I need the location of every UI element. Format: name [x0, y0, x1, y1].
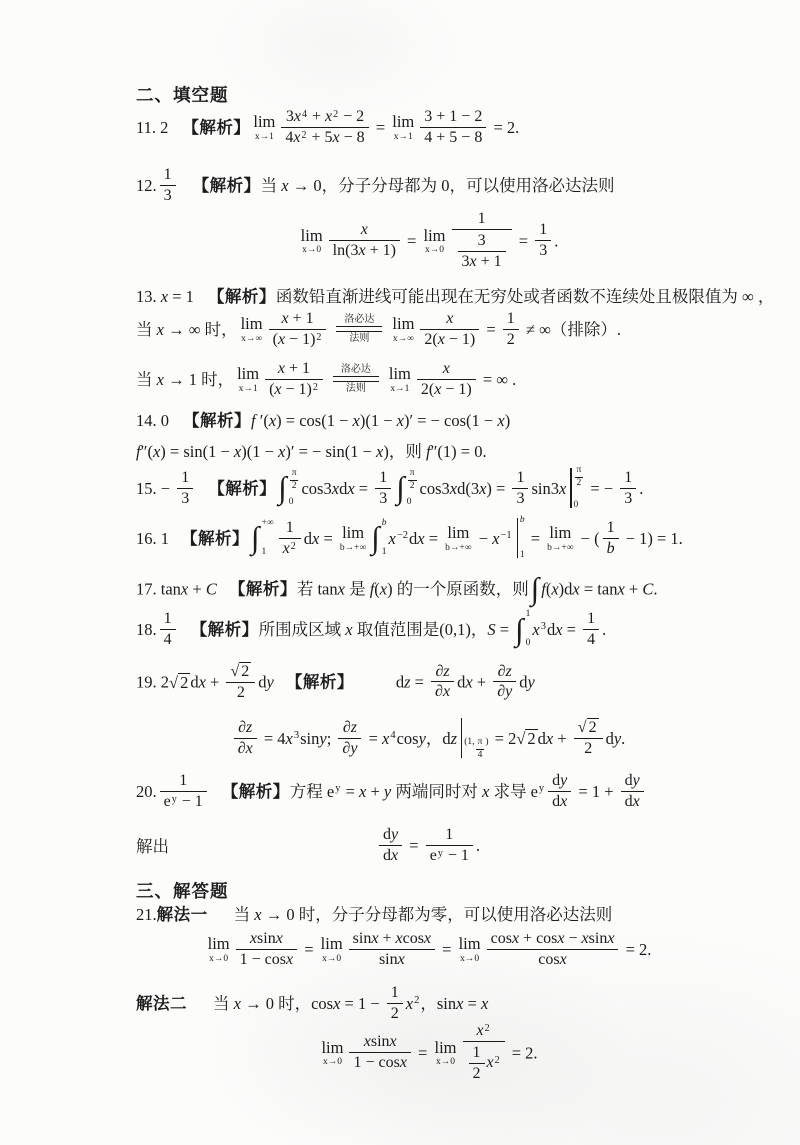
math-s: .	[476, 836, 480, 855]
math-s: d	[625, 772, 633, 789]
math-s: = 2	[491, 729, 517, 748]
math-i: x	[286, 729, 293, 748]
math-s: =	[372, 118, 390, 137]
math-i: z	[351, 719, 357, 736]
item-14-solution-line1: 14. 0【解析】f ′(x) = cos(1 − x)(1 − x)′ = −…	[136, 410, 776, 432]
math-s: =	[364, 729, 382, 748]
math-s: 0	[289, 498, 294, 508]
math-s: 0	[574, 501, 579, 511]
math-i: x	[512, 930, 519, 947]
math-i: x	[582, 930, 589, 947]
math-lim: limx→0	[301, 228, 323, 256]
math-lim: limx→0	[208, 936, 230, 964]
item-12-formula: limx→0xln(3x + 1) = limx→0133x + 1 = 13.	[136, 212, 776, 274]
math-i: x	[286, 951, 293, 968]
math-s: 11. 2	[136, 118, 168, 137]
math-f: ∂z∂y	[493, 663, 516, 702]
math-s: d	[552, 793, 560, 810]
math-lim: limx→1	[389, 366, 411, 394]
math-sup: 2	[313, 382, 318, 393]
math-s: = 1 −	[340, 994, 383, 1013]
math-s: 3	[379, 490, 387, 507]
math-sup: 2	[302, 130, 307, 141]
math-s: d	[383, 847, 391, 864]
math-i: b	[382, 519, 387, 529]
item-14-solution-line2: f″(x) = sin(1 − x)(1 − x)′ = − sin(1 − x…	[136, 441, 776, 463]
math-s: .	[653, 580, 657, 599]
math-s: .	[621, 729, 625, 748]
math-i: x	[572, 580, 579, 599]
math-s: 3	[539, 242, 547, 259]
math-f: ∂z∂x	[234, 719, 257, 758]
math-s: d	[190, 673, 198, 692]
math-i: x	[391, 847, 398, 864]
math-s: 0	[526, 639, 531, 649]
math-lhop: 洛必达法则	[336, 314, 382, 345]
math-s: ，d	[426, 729, 451, 748]
math-i: x	[389, 529, 396, 548]
item-21-method1-formula: limx→0xsinx1 − cosx = limx→0sinx + xcosx…	[136, 932, 776, 971]
math-s: d	[552, 772, 560, 789]
math-f: 1ey − 1	[426, 826, 473, 865]
math-s: + 1	[285, 360, 310, 377]
math-s: − 1)	[441, 381, 471, 398]
math-s: 1	[445, 826, 453, 843]
math-i: z	[443, 663, 449, 680]
math-f: xln(3x + 1)	[329, 221, 400, 260]
math-f: 12	[469, 1044, 485, 1083]
math-i: x	[333, 129, 340, 146]
math-b: 解法一	[157, 906, 208, 924]
math-s: π	[478, 737, 483, 747]
solve-out-label: 解出	[136, 836, 169, 858]
math-s: sin	[353, 930, 372, 947]
math-s: 2	[292, 481, 297, 491]
math-b: 【解析】	[208, 480, 276, 498]
math-s: 1	[181, 469, 189, 486]
math-s: → 0 时，cos	[241, 994, 333, 1013]
math-i: S	[487, 620, 495, 639]
math-s: ∂	[435, 683, 443, 700]
math-s: 4	[164, 631, 172, 648]
math-i: x	[246, 740, 253, 757]
math-i: y	[419, 729, 426, 748]
math-f: 13	[375, 469, 391, 508]
math-i: x	[446, 310, 453, 327]
math-s: e	[164, 793, 171, 810]
math-i: x	[406, 994, 413, 1013]
math-s: = ∞ .	[479, 370, 517, 389]
math-s: 函数铅直渐进线可能出现在无穷处或者函数不连续处且极限值为 ∞ ，	[276, 287, 775, 306]
math-b: 【解析】	[191, 621, 259, 639]
math-s: =	[527, 529, 545, 548]
math-s: =	[482, 320, 500, 339]
math-s: sin	[257, 930, 276, 947]
math-s: =	[300, 940, 318, 959]
math-sqrt: √2	[169, 673, 190, 692]
item-21-method2-formula: limx→0xsinx1 − cosx = limx→0x212x2 = 2.	[136, 1024, 776, 1086]
math-i: x	[234, 994, 241, 1013]
math-sqrt: √2	[578, 718, 599, 737]
math-s: 3	[624, 490, 632, 507]
math-i: x	[338, 580, 345, 599]
math-s: d(3	[457, 479, 479, 498]
math-s: 3 + 1 − 2	[424, 108, 482, 125]
math-s: 2	[410, 481, 415, 491]
math-i: x	[481, 994, 488, 1013]
math-i: x	[281, 310, 288, 327]
math-s: 1	[526, 610, 531, 620]
math-i: y	[633, 772, 640, 789]
item-20-solution-head: 20.1ey − 1【解析】方程 ey = x + y 两端同时对 x 求导 e…	[136, 774, 776, 813]
math-i: x	[157, 370, 164, 389]
math-i: x	[450, 479, 457, 498]
math-f: 33x + 1	[458, 232, 506, 271]
math-s: 1	[587, 610, 595, 627]
math-sup: 2	[495, 1055, 500, 1066]
math-s: ) = sin(1 −	[160, 442, 234, 461]
math-s: → 0，分子分母都为 0，可以使用洛必达法则	[289, 176, 615, 195]
math-f: 13	[512, 469, 528, 508]
math-s: +	[366, 782, 384, 801]
math-s: 当	[234, 905, 255, 924]
math-s: =	[463, 994, 481, 1013]
item-13-case-one: 当 x → 1 时，limx→1x + 1(x − 1)2洛必达法则limx→1…	[136, 362, 776, 401]
math-s: 1	[516, 469, 524, 486]
math-s: ″(	[141, 442, 153, 461]
math-s: cos	[538, 951, 559, 968]
math-s: cos	[491, 930, 512, 947]
math-i: x	[560, 951, 567, 968]
math-s: d	[606, 729, 614, 748]
math-s: 若 tan	[297, 580, 338, 599]
math-s: 当	[213, 994, 234, 1013]
math-s: ∂	[238, 719, 246, 736]
scanned-solutions-page: 二、填空题 11. 2【解析】limx→13x4 + x2 − 24x2 + 5…	[0, 0, 800, 1145]
math-s: sin	[589, 930, 608, 947]
math-i: x	[276, 930, 283, 947]
math-lim: limx→∞	[241, 316, 263, 344]
math-f: dydx	[379, 826, 402, 865]
math-sup: 2	[414, 994, 419, 1008]
math-sup: −2	[397, 529, 408, 543]
math-f: xsinx1 − cosx	[349, 1033, 410, 1072]
math-s: π	[410, 468, 415, 478]
math-s: =	[515, 232, 533, 251]
math-s: + 1	[289, 310, 314, 327]
math-s: = tan	[580, 580, 618, 599]
math-lhop: 洛必达法则	[333, 364, 379, 395]
math-i: x	[161, 287, 168, 306]
math-s: = 2.	[621, 940, 651, 959]
math-s: 19. 2	[136, 673, 169, 692]
item-13-solution-head: 13. x = 1【解析】函数铅直渐进线可能出现在无穷处或者函数不连续处且极限值…	[136, 286, 776, 308]
math-i: x	[293, 129, 300, 146]
math-s: 18.	[136, 620, 157, 639]
math-s: 15. −	[136, 479, 174, 498]
math-b: 【解析】	[193, 177, 261, 195]
math-s: d	[383, 826, 391, 843]
math-i: z	[451, 729, 457, 748]
math-i: x	[492, 529, 499, 548]
math-i: x	[397, 411, 404, 430]
math-s: 1	[539, 221, 547, 238]
math-s: ) = cos(1 −	[276, 411, 352, 430]
math-s: 1	[382, 548, 387, 558]
math-s: +	[378, 930, 395, 947]
math-b: 解法二	[136, 995, 187, 1013]
math-i: x	[395, 930, 402, 947]
math-s: =	[410, 673, 428, 692]
math-i: x	[400, 1054, 407, 1071]
math-f: 13	[160, 166, 176, 205]
math-sup: 2	[333, 109, 338, 120]
math-s: 2(	[421, 381, 434, 398]
math-f: 3x4 + x2 − 24x2 + 5x − 8	[281, 108, 368, 147]
math-s: 3	[181, 490, 189, 507]
math-sup: 2	[291, 541, 296, 552]
math-f: 13	[620, 469, 636, 508]
math-i: x	[332, 479, 339, 498]
math-s: )′ = − cos(1 −	[404, 411, 497, 430]
math-s: 1	[262, 548, 267, 558]
math-f: sinx + xcosxsinx	[349, 930, 435, 969]
math-s: 2	[391, 1005, 399, 1022]
math-s: 1 − cos	[353, 1054, 399, 1071]
math-i: x	[274, 381, 281, 398]
math-b: 【解析】	[183, 412, 251, 430]
math-i: x	[551, 580, 558, 599]
math-s: + 1	[477, 253, 502, 270]
math-s: cos	[403, 930, 424, 947]
math-s: 当	[261, 176, 282, 195]
math-s: +	[308, 108, 325, 125]
math-s: 1	[286, 519, 294, 536]
math-s: 2	[473, 1065, 481, 1082]
math-i: x	[353, 411, 360, 430]
math-s: cos	[397, 729, 419, 748]
math-i: x	[417, 529, 424, 548]
math-lim: limx→0	[423, 228, 445, 256]
section-heading-fill-in-blanks: 二、填空题	[136, 82, 229, 107]
math-s: .	[602, 620, 606, 639]
math-s: −	[565, 930, 582, 947]
math-i: y	[319, 729, 326, 748]
math-s: ∂	[497, 683, 505, 700]
math-i: x	[278, 331, 285, 348]
math-s: −	[475, 529, 493, 548]
math-i: x	[559, 479, 566, 498]
math-s: cos3	[420, 479, 450, 498]
math-f: x + 1(x − 1)2	[269, 310, 327, 349]
math-f: √22	[226, 662, 255, 702]
math-i: x	[532, 620, 539, 639]
math-f: 12	[387, 984, 403, 1023]
math-i: x	[358, 242, 365, 259]
math-f: 13	[177, 469, 193, 508]
math-s: 1	[520, 551, 525, 561]
math-i: x	[281, 176, 288, 195]
math-s: (1,	[464, 738, 474, 760]
math-s: π	[577, 465, 582, 475]
math-s: 取值范围是(0,1)，	[353, 620, 488, 639]
math-s: d	[547, 620, 555, 639]
math-s: =	[425, 529, 443, 548]
math-s: )d	[559, 580, 573, 599]
math-s: =	[563, 620, 581, 639]
math-f: 14	[160, 610, 176, 649]
math-lim: limx→0	[321, 1040, 343, 1068]
math-int: ∫+∞1	[251, 519, 274, 557]
math-s: 方程 e	[290, 782, 334, 801]
math-s: → 0 时，分子分母都为零，可以使用洛必达法则	[262, 905, 613, 924]
item-15-solution: 15. − 13【解析】∫π20cos3xdx = 13∫π20cos3xd(3…	[136, 468, 776, 512]
math-f: x2(x − 1)	[420, 310, 479, 349]
math-s: + 5	[308, 129, 333, 146]
math-i: z	[246, 719, 252, 736]
math-i: x	[557, 930, 564, 947]
math-i: y	[266, 673, 273, 692]
item-13-case-infinity: 当 x → ∞ 时，limx→∞x + 1(x − 1)2洛必达法则limx→∞…	[136, 312, 776, 351]
math-s: + cos	[519, 930, 557, 947]
math-f: ∂z∂y	[338, 719, 361, 758]
math-s: )	[485, 738, 488, 760]
math-sup: 3	[294, 729, 299, 743]
math-lim: limb→+∞	[445, 525, 471, 553]
math-s: 0	[407, 498, 412, 508]
math-i: y	[505, 683, 512, 700]
math-f: x2(x − 1)	[417, 360, 476, 399]
math-f: π2	[290, 469, 299, 491]
math-f: x + 1(x − 1)2	[265, 360, 323, 399]
math-s: 2	[237, 684, 245, 701]
math-s: 2	[584, 740, 592, 757]
math-s: = 1	[168, 287, 194, 306]
math-s: 当	[136, 320, 157, 339]
math-i: C	[206, 580, 217, 599]
math-b: 【解析】	[229, 581, 297, 599]
math-s: → ∞ 时，	[164, 320, 238, 339]
math-b: 【解析】	[222, 783, 290, 801]
math-sup: y	[335, 782, 340, 796]
item-19-solution-head: 19. 2√2dx + √22dy【解析】dz = ∂z∂xdx + ∂z∂yd…	[136, 664, 776, 704]
math-f: 13	[535, 221, 551, 260]
math-i: x	[364, 1033, 371, 1050]
math-s: = −	[586, 479, 617, 498]
math-lim: limx→0	[321, 936, 343, 964]
math-f: 1b	[603, 519, 619, 558]
math-s: 4 + 5 − 8	[424, 129, 482, 146]
math-f: √22	[574, 718, 603, 758]
math-i: x	[325, 108, 332, 125]
math-int: ∫10	[515, 610, 530, 648]
math-i: x	[465, 673, 472, 692]
math-i: C	[642, 580, 653, 599]
math-s: +	[473, 673, 491, 692]
math-s: 所围成区域	[259, 620, 346, 639]
math-lim: limx→0	[459, 936, 481, 964]
math-s: − 1	[178, 793, 203, 810]
math-s: sin3	[531, 479, 559, 498]
math-i: x	[390, 1033, 397, 1050]
math-s: 1	[164, 166, 172, 183]
math-s: +	[553, 729, 571, 748]
math-s: 1	[478, 210, 486, 227]
math-i: x	[617, 580, 624, 599]
math-s: e	[430, 847, 437, 864]
math-s: ∂	[238, 740, 246, 757]
math-f: π2	[575, 466, 584, 488]
math-s: π	[292, 468, 297, 478]
math-s: 3	[478, 232, 486, 249]
item-19-formula: ∂z∂x = 4x3siny; ∂z∂y = x4cosy，dz(1,π4) =…	[136, 718, 776, 762]
math-s: .	[554, 232, 558, 251]
math-s: ∂	[343, 719, 351, 736]
math-s: )，则	[383, 442, 426, 461]
math-s: d	[625, 793, 633, 810]
math-i: x	[487, 1054, 494, 1071]
math-s: 1 − cos	[240, 951, 286, 968]
math-s: 4	[478, 750, 483, 760]
math-s: → 1 时，	[164, 370, 234, 389]
math-f: 12	[503, 310, 519, 349]
math-s: 14. 0	[136, 411, 169, 430]
math-i: x	[278, 360, 285, 377]
math-sup: 4	[390, 729, 395, 743]
math-b: 【解析】	[286, 674, 354, 692]
math-lim: limx→0	[434, 1040, 456, 1068]
math-s: = 4	[260, 729, 286, 748]
math-i: x	[347, 479, 354, 498]
math-i: x	[199, 673, 206, 692]
math-bar: π20	[570, 466, 584, 510]
math-int: ∫b1	[371, 519, 386, 557]
math-s: =	[438, 940, 456, 959]
math-s: − (	[577, 529, 600, 548]
math-i: x	[633, 793, 640, 810]
math-s: ″(1) = 0.	[431, 442, 487, 461]
math-s: =	[405, 836, 423, 855]
math-f: 1x2	[279, 519, 301, 558]
item-16-solution: 16. 1【解析】∫+∞11x2dx = limb→+∞∫b1x−2dx = l…	[136, 518, 776, 562]
math-s: = 1 +	[574, 782, 617, 801]
math-lim: limx→1	[237, 366, 259, 394]
math-s: =	[414, 1044, 432, 1063]
math-s: 2	[507, 331, 515, 348]
math-bar: (1,π4)	[461, 716, 488, 760]
math-sup: y	[438, 848, 443, 859]
math-sup: −1	[500, 529, 511, 543]
math-s: .	[639, 479, 643, 498]
math-s: =	[341, 782, 359, 801]
math-s: ≠ ∞（排除）.	[522, 320, 621, 339]
math-s: 求导 e	[489, 782, 538, 801]
item-20-solve-row: 解出 dydx = 1ey − 1.	[136, 828, 776, 867]
math-f: π4	[476, 738, 485, 760]
math-s: 1	[179, 772, 187, 789]
item-21-method2-head: 解法二当 x → 0 时，cosx = 1 − 12x2，sinx = x	[136, 986, 776, 1025]
math-s: ) =	[486, 479, 509, 498]
math-f: cosx + cosx − xsinxcosx	[487, 930, 619, 969]
item-17-solution: 17. tanx + C【解析】若 tanx 是 f(x) 的一个原函数，则∫f…	[136, 576, 776, 605]
math-f: ∂z∂x	[431, 663, 454, 702]
math-s: +	[625, 580, 643, 599]
math-i: x	[254, 905, 261, 924]
math-i: x	[555, 620, 562, 639]
math-s: ) 的一个原函数，则	[387, 580, 529, 599]
math-s: cos3	[301, 479, 331, 498]
math-i: x	[345, 620, 352, 639]
